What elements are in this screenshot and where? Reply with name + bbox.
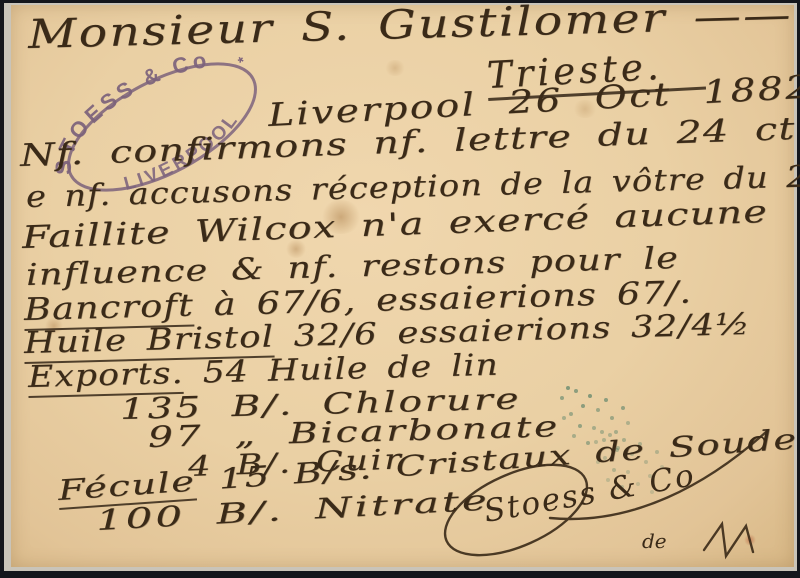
stamp-star: * — [235, 53, 248, 71]
scanned-postcard: { "document_type": "handwritten commerci… — [0, 0, 800, 578]
signature-extra: de — [642, 529, 667, 553]
signature-block: Stoess & Co de — [428, 428, 793, 573]
signature-flourish: Stoess & Co de — [428, 428, 793, 573]
signature-paraph — [704, 524, 753, 556]
